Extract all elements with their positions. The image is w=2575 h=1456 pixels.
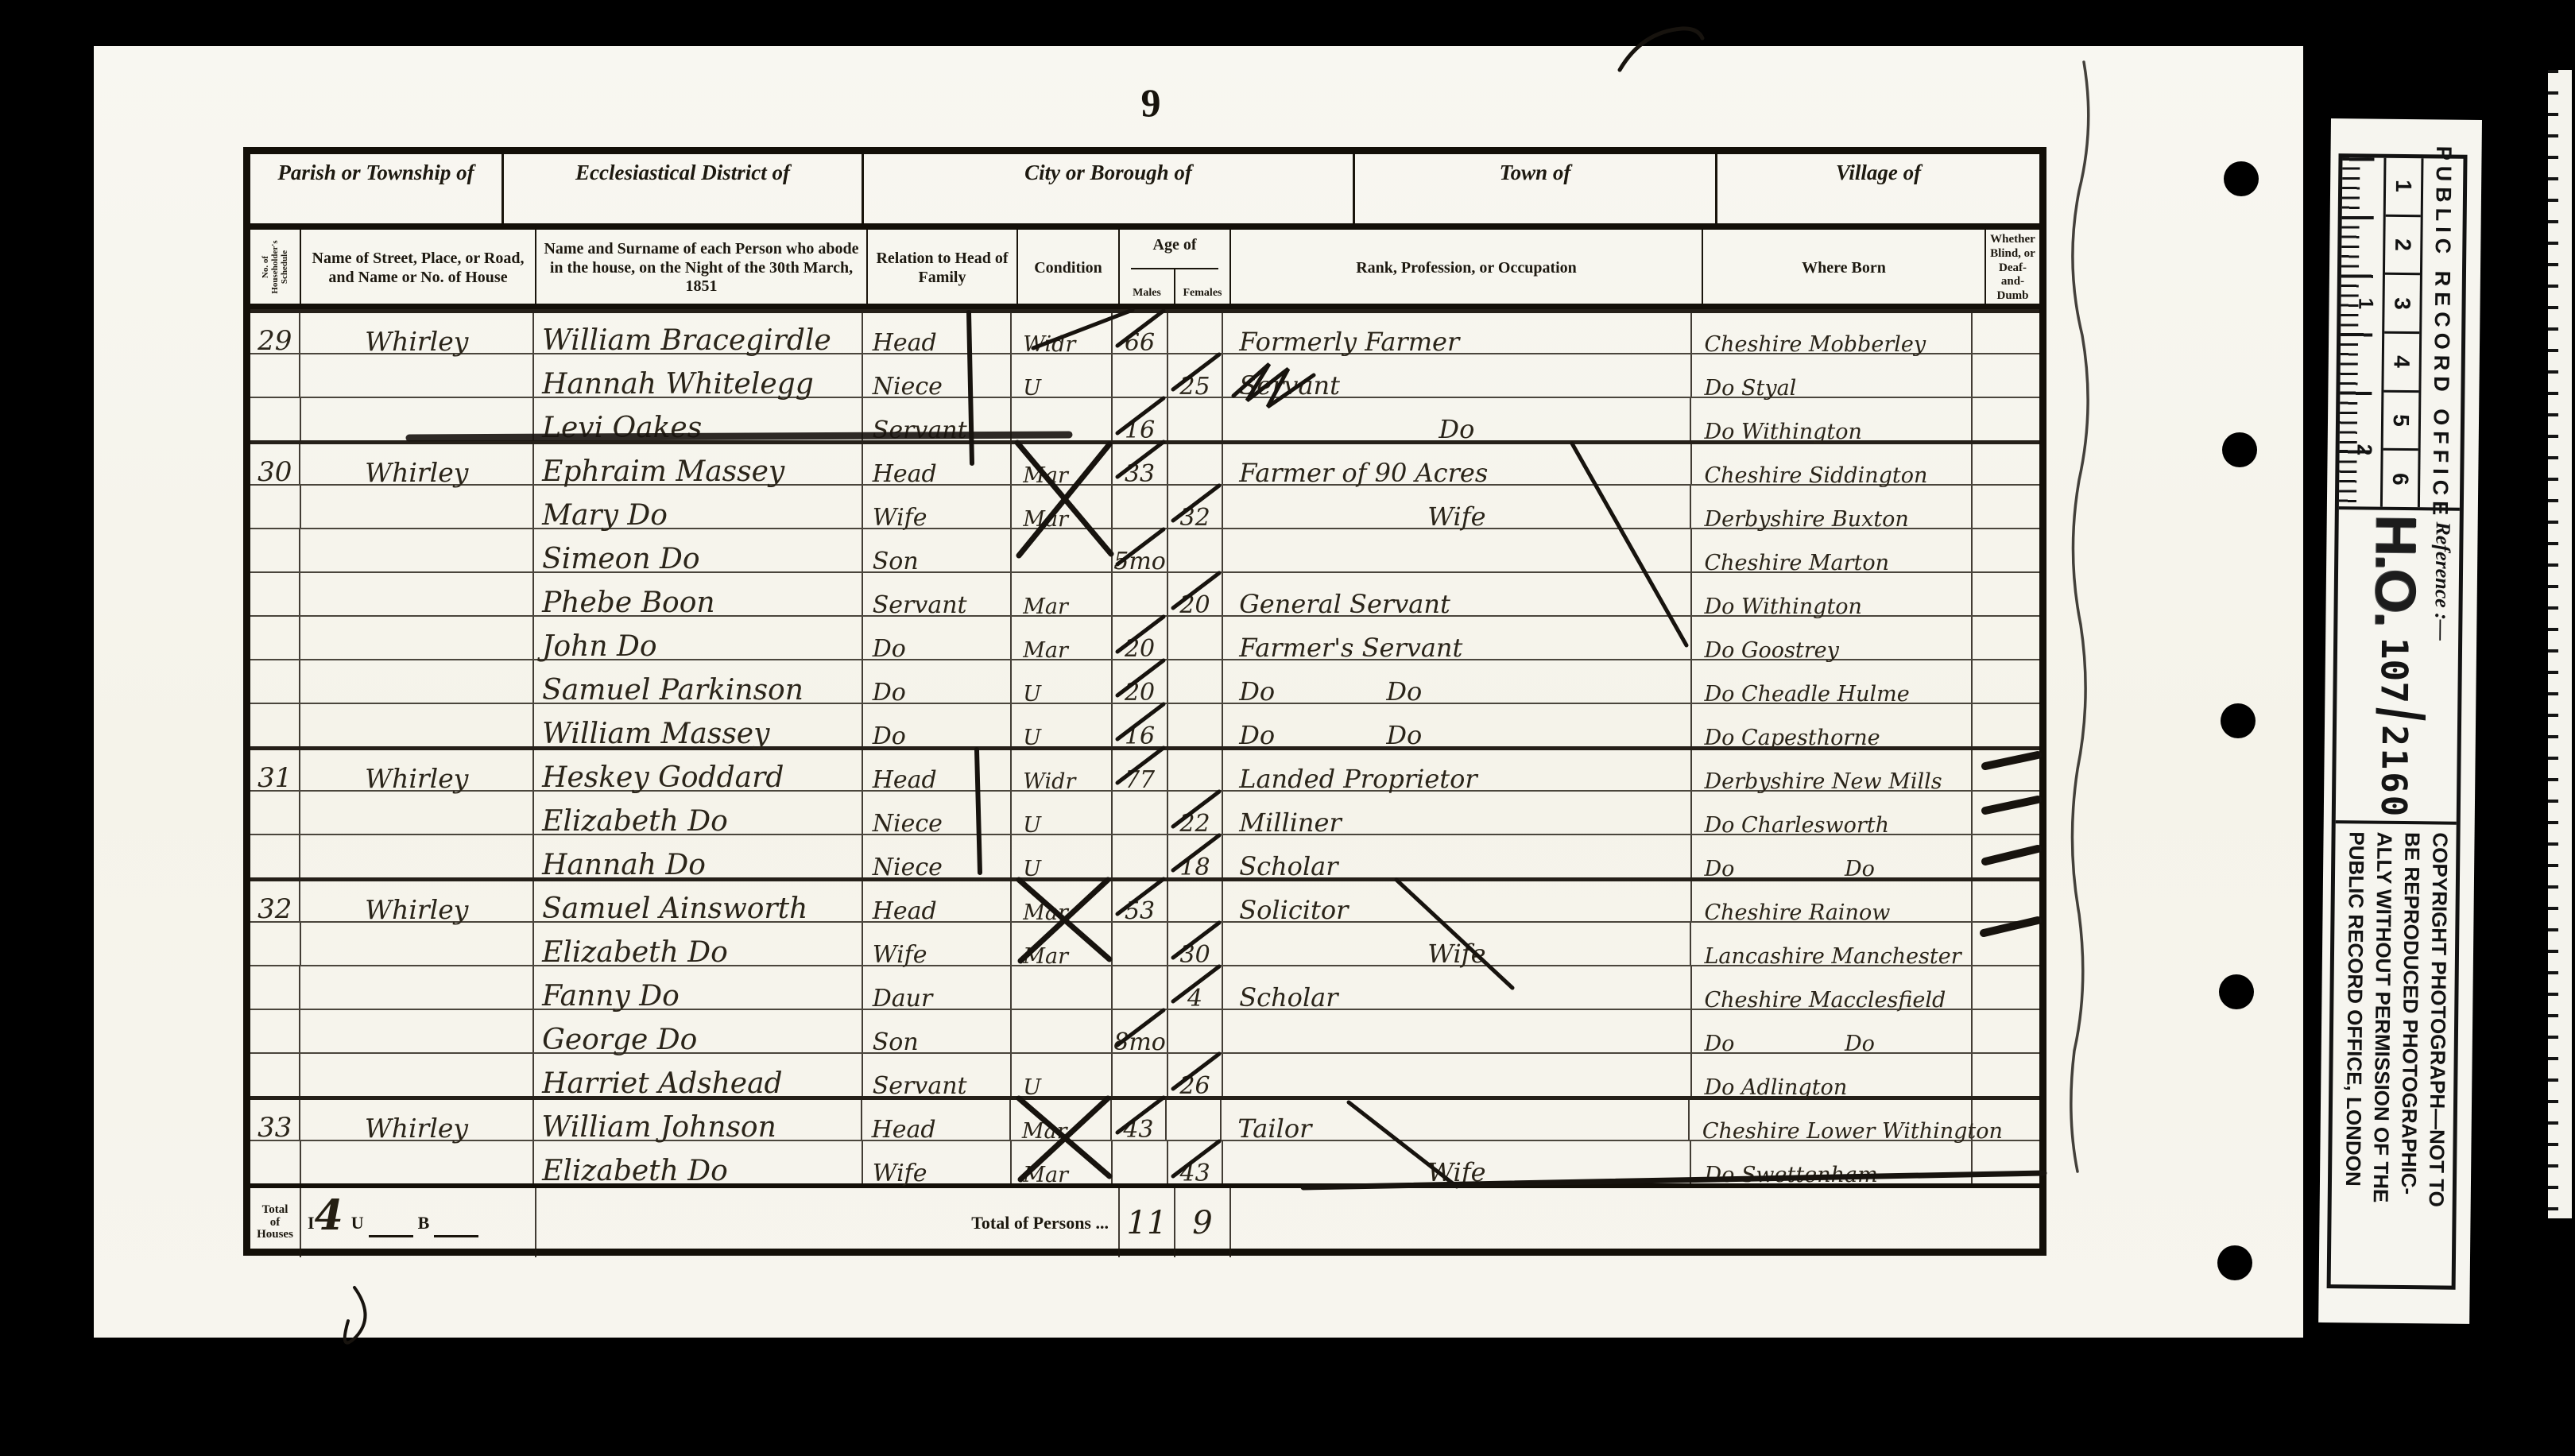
table-row: 33WhirleyWilliam JohnsonHeadMar43TailorC… [250,1096,2039,1140]
occupation-handwritten: Landed Proprietor [1239,764,1477,794]
reference-section: Reference :— H.O. 107 / 2160 [2336,509,2460,825]
cell-age_m: 20 [1113,617,1167,659]
cell-schedule [250,1054,300,1096]
cell-blind [1973,704,2039,746]
cell-age_m [1113,1054,1167,1096]
cell-relation: Head [863,444,1013,484]
cell-condition: U [1012,835,1113,877]
cell-name: Samuel Ainsworth [534,881,863,921]
table-row: John DoDoMar20Farmer's ServantDo Goostre… [250,615,2039,659]
born-handwritten: Do Withington [1705,594,1862,619]
header-condition: Condition [1018,230,1120,304]
cell-schedule [250,529,300,571]
cm-number: 4 [2389,355,2414,368]
table-row: Elizabeth DoWifeMar30WifeLancashire Manc… [250,921,2039,965]
cell-born: Do Swettenham [1691,1141,1972,1183]
cell-age_f: 43 [1168,1141,1223,1183]
cell-age_f [1168,313,1223,353]
born-handwritten: Cheshire Lower Withington [1702,1119,2003,1144]
uninhabited-blank [369,1208,413,1237]
relation-handwritten: Servant [873,416,967,444]
condition-handwritten: Mar [1023,507,1068,532]
age_m-handwritten: 8mo [1113,1028,1166,1056]
born-handwritten: Do Do [1705,857,1875,881]
cell-schedule [250,1141,301,1183]
cell-born: Do Do [1692,1010,1973,1052]
cell-relation: Son [863,529,1013,571]
occupation-handwritten: Farmer's Servant [1239,633,1462,663]
cell-age_m: 43 [1112,1100,1167,1140]
uninhabited-mark: U [351,1213,364,1233]
cell-schedule [250,660,300,703]
relation-handwritten: Son [873,548,919,575]
occupation-handwritten: General Servant [1239,589,1450,619]
cell-age_m: 20 [1113,660,1167,703]
cell-age_f: 26 [1168,1054,1223,1096]
relation-handwritten: Daur [873,985,933,1013]
cell-blind [1973,617,2039,659]
cell-schedule [250,617,300,659]
cell-born: Cheshire Marton [1692,529,1973,571]
punch-hole [2221,703,2256,738]
cell-age_m: 16 [1113,704,1167,746]
occupation-handwritten: Servant [1239,370,1340,401]
condition-handwritten: U [1023,1075,1041,1100]
cell-relation: Do [863,617,1013,659]
cell-schedule [250,704,300,746]
cell-street: Whirley [300,444,534,484]
table-row: 30WhirleyEphraim MasseyHeadMar33Farmer o… [250,440,2039,484]
cell-born: Do Adlington [1692,1054,1973,1096]
cell-street [300,966,534,1009]
age_m-handwritten: 33 [1125,460,1155,488]
cell-age_f [1168,704,1223,746]
cell-street [301,486,535,528]
cell-age_f: 25 [1168,354,1223,397]
total-of-houses-label: TotalofHouses [250,1188,301,1257]
cell-born: Derbyshire New Mills [1692,750,1973,790]
cell-age_f: 18 [1168,835,1223,877]
occupation-handwritten: Farmer of 90 Acres [1239,458,1488,488]
cell-name: Elizabeth Do [534,1141,863,1183]
name-handwritten: John Do [542,630,656,663]
occupation-handwritten: Scholar [1239,851,1338,881]
relation-handwritten: Wife [873,941,927,969]
cell-relation: Servant [863,1054,1013,1096]
name-handwritten: William Bracegirdle [542,324,831,357]
cell-blind [1973,923,2039,965]
punch-hole [2222,432,2257,467]
condition-handwritten: Mar [1023,944,1068,969]
total-males-handwritten: 11 [1120,1188,1175,1257]
occupation-handwritten: Solicitor [1239,895,1348,925]
header-where-born: Where Born [1703,230,1986,304]
cell-age_f [1168,529,1223,571]
cell-occupation: Wife [1223,1141,1691,1183]
cell-name: George Do [534,1010,863,1052]
schedule-handwritten: 32 [257,893,292,925]
table-row: Elizabeth DoNieceU22MillinerDo Charleswo… [250,790,2039,834]
cell-schedule [250,966,300,1009]
census-table: Parish or Township of Ecclesiastical Dis… [243,147,2046,1256]
copyright-section: COPYRIGHT PHOTOGRAPH—NOT TO BE REPRODUCE… [2331,823,2457,1286]
cell-blind [1973,1100,2039,1140]
table-row: Phebe BoonServantMar20General ServantDo … [250,571,2039,615]
occupation-handwritten: Do Do [1239,676,1422,707]
cell-relation: Wife [863,923,1013,965]
cell-born: Cheshire Mobberley [1692,313,1973,353]
cell-occupation: Servant [1223,354,1691,397]
header-parish: Parish or Township of [250,154,504,223]
header-village: Village of [1717,154,2039,223]
cell-age_m: 8mo [1113,1010,1167,1052]
occupation-handwritten: Wife [1427,939,1485,969]
copyright-line: BE REPRODUCED PHOTOGRAPHIC- [2394,832,2426,1277]
table-row: 31WhirleyHeskey GoddardHeadWidr77Landed … [250,746,2039,790]
cell-age_f [1168,617,1223,659]
age_m-handwritten: 77 [1125,766,1155,794]
cell-blind [1973,573,2039,615]
microfilm-scan-background: { "page_number": "9", "top_header": { "p… [0,0,2575,1456]
cell-relation: Servant [863,398,1013,440]
cell-relation: Head [863,313,1013,353]
cell-condition: Mar [1012,573,1113,615]
born-handwritten: Cheshire Macclesfield [1705,988,1946,1013]
inhabited-mark: I [308,1213,315,1233]
cell-occupation: General Servant [1223,573,1691,615]
cell-relation: Head [862,1100,1011,1140]
age_m-handwritten: 66 [1125,329,1155,357]
cell-age_f [1168,1010,1223,1052]
born-handwritten: Lancashire Manchester [1704,944,1961,969]
name-handwritten: Mary Do [542,499,668,532]
cell-condition [1012,529,1113,571]
cell-age_m: 53 [1113,881,1167,921]
table-row: Simeon DoSon5moCheshire Marton [250,528,2039,571]
cell-schedule: 32 [250,881,300,921]
occupation-handwritten: Tailor [1237,1113,1311,1144]
reference-piece-stamp: 2160 [2373,725,2414,819]
cell-schedule: 31 [250,750,300,790]
born-handwritten: Cheshire Rainow [1705,900,1891,925]
occupation-handwritten: Scholar [1239,982,1338,1013]
cell-occupation: Do Do [1223,704,1691,746]
table-row: Hannah DoNieceU18ScholarDo Do [250,834,2039,877]
table-row: Hannah WhiteleggNieceU25ServantDo Styal [250,353,2039,397]
cell-name: Ephraim Massey [534,444,863,484]
relation-handwritten: Do [873,679,906,707]
cell-blind [1973,486,2039,528]
condition-handwritten: Mar [1023,594,1068,619]
cell-born: Lancashire Manchester [1691,923,1972,965]
name-handwritten: Ephraim Massey [542,455,784,488]
cell-age_m: 33 [1113,444,1167,484]
cell-street [300,660,534,703]
cell-age_m [1113,354,1167,397]
place-header-row: Parish or Township of Ecclesiastical Dis… [250,154,2039,230]
header-occupation: Rank, Profession, or Occupation [1231,230,1703,304]
cell-name: Hannah Do [534,835,863,877]
public-record-office-label: PUBLIC RECORD OFFICE [2420,158,2464,507]
name-handwritten: Harriet Adshead [542,1067,783,1100]
cell-occupation: Scholar [1223,966,1691,1009]
born-handwritten: Do Styal [1705,376,1797,401]
relation-handwritten: Wife [873,1160,927,1187]
cell-age_m [1113,966,1167,1009]
cell-name: Elizabeth Do [534,792,863,834]
cell-born: Cheshire Siddington [1692,444,1973,484]
cell-age_f: 4 [1168,966,1223,1009]
header-ecclesiastical: Ecclesiastical District of [504,154,864,223]
name-handwritten: Simeon Do [542,543,699,575]
cell-street [300,354,534,397]
age_m-handwritten: 16 [1125,722,1155,750]
cell-street: Whirley [300,750,534,790]
cell-schedule: 30 [250,444,300,484]
cell-born: Do Capesthorne [1692,704,1973,746]
cell-condition: U [1012,704,1113,746]
header-relation: Relation to Head of Family [868,230,1018,304]
cell-age_m: 66 [1113,313,1167,353]
copyright-line: PUBLIC RECORD OFFICE, LONDON [2338,831,2371,1276]
cell-occupation: Milliner [1223,792,1691,834]
table-row: 32WhirleySamuel AinsworthHeadMar53Solici… [250,877,2039,921]
cell-name: John Do [534,617,863,659]
building-blank [434,1208,478,1237]
cell-relation: Do [863,660,1013,703]
cell-age_m: 77 [1113,750,1167,790]
cell-relation: Niece [863,792,1013,834]
cell-blind [1973,1010,2039,1052]
cell-age_m: 5mo [1113,529,1167,571]
cell-condition: Widr [1012,313,1113,353]
street-handwritten: Whirley [365,894,468,925]
born-handwritten: Derbyshire New Mills [1705,769,1942,794]
relation-handwritten: Servant [873,1072,967,1100]
cell-age_m [1113,573,1167,615]
age_f-handwritten: 18 [1179,854,1210,881]
cell-name: Harriet Adshead [534,1054,863,1096]
born-handwritten: Cheshire Marton [1705,551,1890,575]
name-handwritten: Elizabeth Do [542,936,728,969]
cell-born: Do Styal [1692,354,1973,397]
cell-blind [1973,835,2039,877]
totals-row: TotalofHouses I 4 U B Total of Persons .… [250,1183,2039,1257]
census-rows: 29WhirleyWilliam BracegirdleHeadWidr66Fo… [250,309,2039,1183]
edge-ruler-sliver [2548,70,2572,1218]
cell-name: Fanny Do [534,966,863,1009]
cell-street [300,835,534,877]
cell-age_f [1167,1100,1222,1140]
header-age-females: Females [1175,269,1229,304]
building-mark: B [418,1213,430,1233]
cell-age_f: 30 [1168,923,1223,965]
cell-name: Hannah Whitelegg [534,354,863,397]
cell-age_f [1168,750,1223,790]
cell-occupation: Scholar [1223,835,1691,877]
reference-slash: / [2361,707,2438,721]
totals-empty-cell [1231,1188,2039,1257]
age_f-handwritten: 26 [1179,1072,1210,1100]
relation-handwritten: Niece [873,373,943,401]
name-handwritten: Hannah Do [542,849,706,881]
cell-born: Cheshire Macclesfield [1692,966,1973,1009]
condition-handwritten: U [1023,682,1041,707]
name-handwritten: Fanny Do [542,980,680,1013]
cell-schedule [250,573,300,615]
born-handwritten: Do Charlesworth [1705,813,1890,838]
cell-occupation: Farmer of 90 Acres [1223,444,1691,484]
born-handwritten: Cheshire Mobberley [1705,332,1926,357]
cell-blind [1973,444,2039,484]
cell-schedule: 33 [250,1100,300,1140]
cell-occupation [1223,1054,1691,1096]
cell-age_f [1168,660,1223,703]
pro-reference-strip: 1 2 1 2 3 4 5 6 PUBLIC RECORD OFFICE Ref… [2318,118,2482,1324]
cell-age_f: 22 [1168,792,1223,834]
header-schedule-no: No. of Householder's Schedule [250,230,301,304]
page-number: 9 [1127,79,1175,126]
name-handwritten: Hannah Whitelegg [542,368,814,401]
cm-number: 2 [2390,238,2415,251]
schedule-handwritten: 29 [257,325,292,357]
condition-handwritten: U [1023,813,1041,838]
inch-number: 2 [2352,444,2376,456]
cell-condition [1012,398,1113,440]
cell-condition [1012,1010,1113,1052]
cell-relation: Wife [863,486,1013,528]
age_f-handwritten: 20 [1179,591,1210,619]
punch-hole [2217,1245,2252,1280]
cell-born: Derbyshire Buxton [1691,486,1972,528]
cell-blind [1973,1054,2039,1096]
cell-condition: U [1012,660,1113,703]
born-handwritten: Derbyshire Buxton [1704,507,1908,532]
condition-handwritten: U [1023,857,1041,881]
cell-blind [1973,750,2039,790]
ruler-section: 1 2 1 2 3 4 5 6 PUBLIC RECORD OFFICE [2339,157,2464,511]
cell-born: Do Charlesworth [1692,792,1973,834]
cell-relation: Wife [863,1141,1013,1183]
header-name-surname: Name and Surname of each Person who abod… [536,230,868,304]
age_m-handwritten: 53 [1125,897,1155,925]
condition-handwritten: Widr [1023,769,1075,794]
table-row: Elizabeth DoWifeMar43WifeDo Swettenham [250,1140,2039,1183]
condition-handwritten: Mar [1022,1119,1067,1144]
name-handwritten: Elizabeth Do [542,805,728,838]
condition-handwritten: Mar [1023,1163,1068,1187]
cell-condition: Mar [1011,1100,1112,1140]
cell-condition: Mar [1012,486,1113,528]
total-females-handwritten: 9 [1175,1188,1231,1257]
cm-number: 5 [2388,414,2414,427]
cell-street: Whirley [300,881,534,921]
name-handwritten: George Do [542,1024,697,1056]
name-handwritten: William Johnson [542,1111,776,1144]
cell-name: Simeon Do [534,529,863,571]
punch-hole [2219,974,2254,1009]
ruler-ticks: 1 2 [2339,157,2384,507]
cm-number: 6 [2387,473,2413,486]
header-city: City or Borough of [864,154,1355,223]
cell-born: Do Withington [1692,573,1973,615]
age_m-handwritten: 20 [1125,679,1155,707]
table-row: George DoSon8moDo Do [250,1009,2039,1052]
cell-age_f [1168,398,1223,440]
cell-born: Cheshire Rainow [1692,881,1973,921]
age_f-handwritten: 22 [1179,810,1210,838]
cell-schedule [250,486,301,528]
cell-age_m: 16 [1113,398,1167,440]
cell-condition: U [1012,792,1113,834]
cell-age_f: 32 [1168,486,1223,528]
cell-street [300,529,534,571]
condition-handwritten: Mar [1023,463,1068,488]
cell-age_f [1168,444,1223,484]
houses-count-handwritten: 4 [315,1191,343,1240]
schedule-handwritten: 30 [257,456,292,488]
occupation-handwritten: Do Do [1239,720,1422,750]
name-handwritten: Elizabeth Do [542,1155,728,1187]
cell-blind [1973,1141,2039,1183]
cell-occupation: Do Do [1223,660,1691,703]
cell-occupation: Solicitor [1223,881,1691,921]
total-of-houses-value: I 4 U B [301,1188,536,1257]
cell-street: Whirley [300,1100,533,1140]
cell-street [300,1010,534,1052]
cell-age_f [1168,881,1223,921]
cell-name: William Massey [534,704,863,746]
header-age: Age of Males Females [1120,230,1231,304]
relation-handwritten: Servant [873,591,967,619]
schedule-handwritten: 31 [257,762,292,794]
cell-relation: Do [863,704,1013,746]
born-handwritten: Do Cheadle Hulme [1705,682,1910,707]
cell-blind [1973,881,2039,921]
table-row: William MasseyDoU16Do DoDo Capesthorne [250,703,2039,746]
born-handwritten: Do Swettenham [1704,1163,1877,1187]
cell-age_m [1113,923,1167,965]
relation-handwritten: Head [873,897,937,925]
cell-schedule [250,835,300,877]
cell-born: Do Cheadle Hulme [1692,660,1973,703]
cell-street [301,398,535,440]
cell-condition: Widr [1012,750,1113,790]
age_f-handwritten: 32 [1179,504,1210,532]
table-row: Harriet AdsheadServantU26Do Adlington [250,1052,2039,1096]
relation-handwritten: Son [873,1028,919,1056]
copyright-line: ALLY WITHOUT PERMISSION OF THE [2366,832,2399,1277]
cell-schedule [250,398,301,440]
relation-handwritten: Head [873,460,937,488]
condition-handwritten: U [1023,376,1041,401]
relation-handwritten: Do [873,635,906,663]
cell-occupation: Do [1223,398,1691,440]
cell-street [300,617,534,659]
occupation-handwritten: Milliner [1239,807,1342,838]
relation-handwritten: Do [873,722,906,750]
cell-age_m [1113,792,1167,834]
cell-occupation [1223,1010,1691,1052]
header-blind-deaf: Whether Blind, or Deaf-and-Dumb [1986,230,2039,304]
cell-name: Heskey Goddard [534,750,863,790]
cm-number: 1 [2391,180,2416,192]
cell-blind [1973,398,2039,440]
age_m-handwritten: 16 [1125,416,1155,444]
census-page-scan: 9 Parish or Township of Ecclesiastical D… [94,46,2303,1338]
cell-born: Do Do [1692,835,1973,877]
relation-handwritten: Niece [873,810,943,838]
